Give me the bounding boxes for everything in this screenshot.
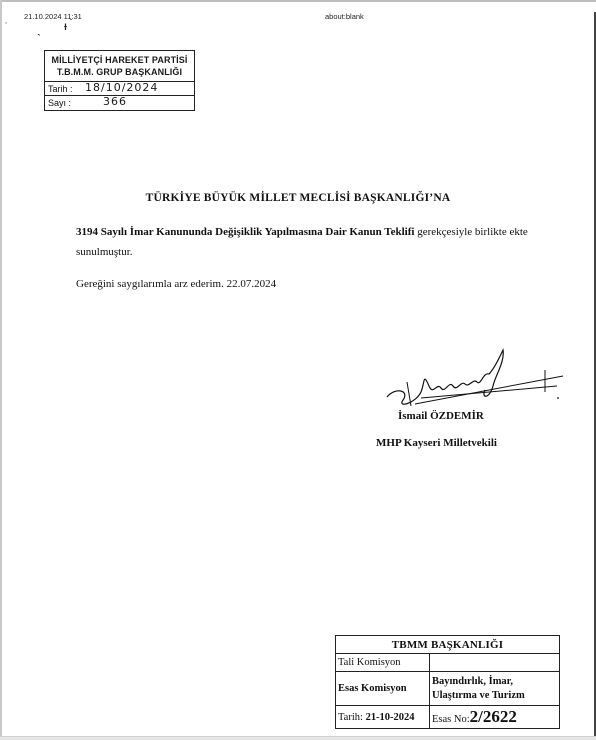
scan-mark: ɫ <box>64 22 67 32</box>
registry-date-value: 21-10-2024 <box>366 712 415 723</box>
scan-mark: ˜ <box>70 20 72 26</box>
esas-komisyon-value: Bayındırlık, İmar, Ulaştırma ve Turizm <box>430 672 560 706</box>
stamp-line-2: T.B.M.M. GRUP BAŞKANLIĞI <box>45 66 194 78</box>
signatory-name: İsmail ÖZDEMİR <box>398 410 484 422</box>
esas-komisyon-label: Esas Komisyon <box>336 672 430 706</box>
registry-title: TBMM BAŞKANLIĞI <box>336 636 560 654</box>
letter-paragraph-2: Gereğini saygılarımla arz ederim. 22.07.… <box>76 274 536 294</box>
print-url: about:blank <box>325 12 364 21</box>
scan-mark: , <box>5 18 7 25</box>
page-top-edge <box>0 0 596 2</box>
letter-title: TÜRKİYE BÜYÜK MİLLET MECLİSİ BAŞKANLIĞI’… <box>0 192 596 204</box>
registry-date-label: Tarih: <box>338 712 366 723</box>
stamp-date-label: Tarih : <box>48 84 73 94</box>
stamp-date-value: 18/10/2024 <box>85 81 158 95</box>
esas-no-value: 2/2622 <box>470 707 517 726</box>
bill-title: 3194 Sayılı İmar Kanununda Değişiklik Ya… <box>76 226 414 238</box>
page-left-edge <box>0 0 2 737</box>
signatory-role: MHP Kayseri Milletvekili <box>376 437 497 449</box>
letter-paragraph-1: 3194 Sayılı İmar Kanununda Değişiklik Ya… <box>76 222 536 262</box>
stamp-number-row: Sayı : 366 <box>45 96 194 110</box>
registry-date: Tarih: 21-10-2024 <box>336 706 430 729</box>
esas-no: Esas No:2/2622 <box>430 706 560 729</box>
esas-no-label: Esas No: <box>432 714 470 725</box>
tali-komisyon-label: Tali Komisyon <box>336 654 430 672</box>
scan-mark: ˋ <box>37 33 41 45</box>
stamp-date-row: Tarih : 18/10/2024 <box>45 82 194 96</box>
stamp-line-1: MİLLİYETÇİ HAREKET PARTİSİ <box>45 54 194 66</box>
stamp-number-label: Sayı : <box>48 98 71 108</box>
party-receipt-stamp: MİLLİYETÇİ HAREKET PARTİSİ T.B.M.M. GRUP… <box>44 50 195 111</box>
stamp-header: MİLLİYETÇİ HAREKET PARTİSİ T.B.M.M. GRUP… <box>45 51 194 82</box>
stamp-number-value: 366 <box>103 95 127 109</box>
print-datetime: 21.10.2024 11:31 <box>24 12 82 21</box>
registry-table: TBMM BAŞKANLIĞI Tali Komisyon Esas Komis… <box>335 635 560 729</box>
page-bottom-edge <box>0 736 596 740</box>
tali-komisyon-value <box>430 654 560 672</box>
